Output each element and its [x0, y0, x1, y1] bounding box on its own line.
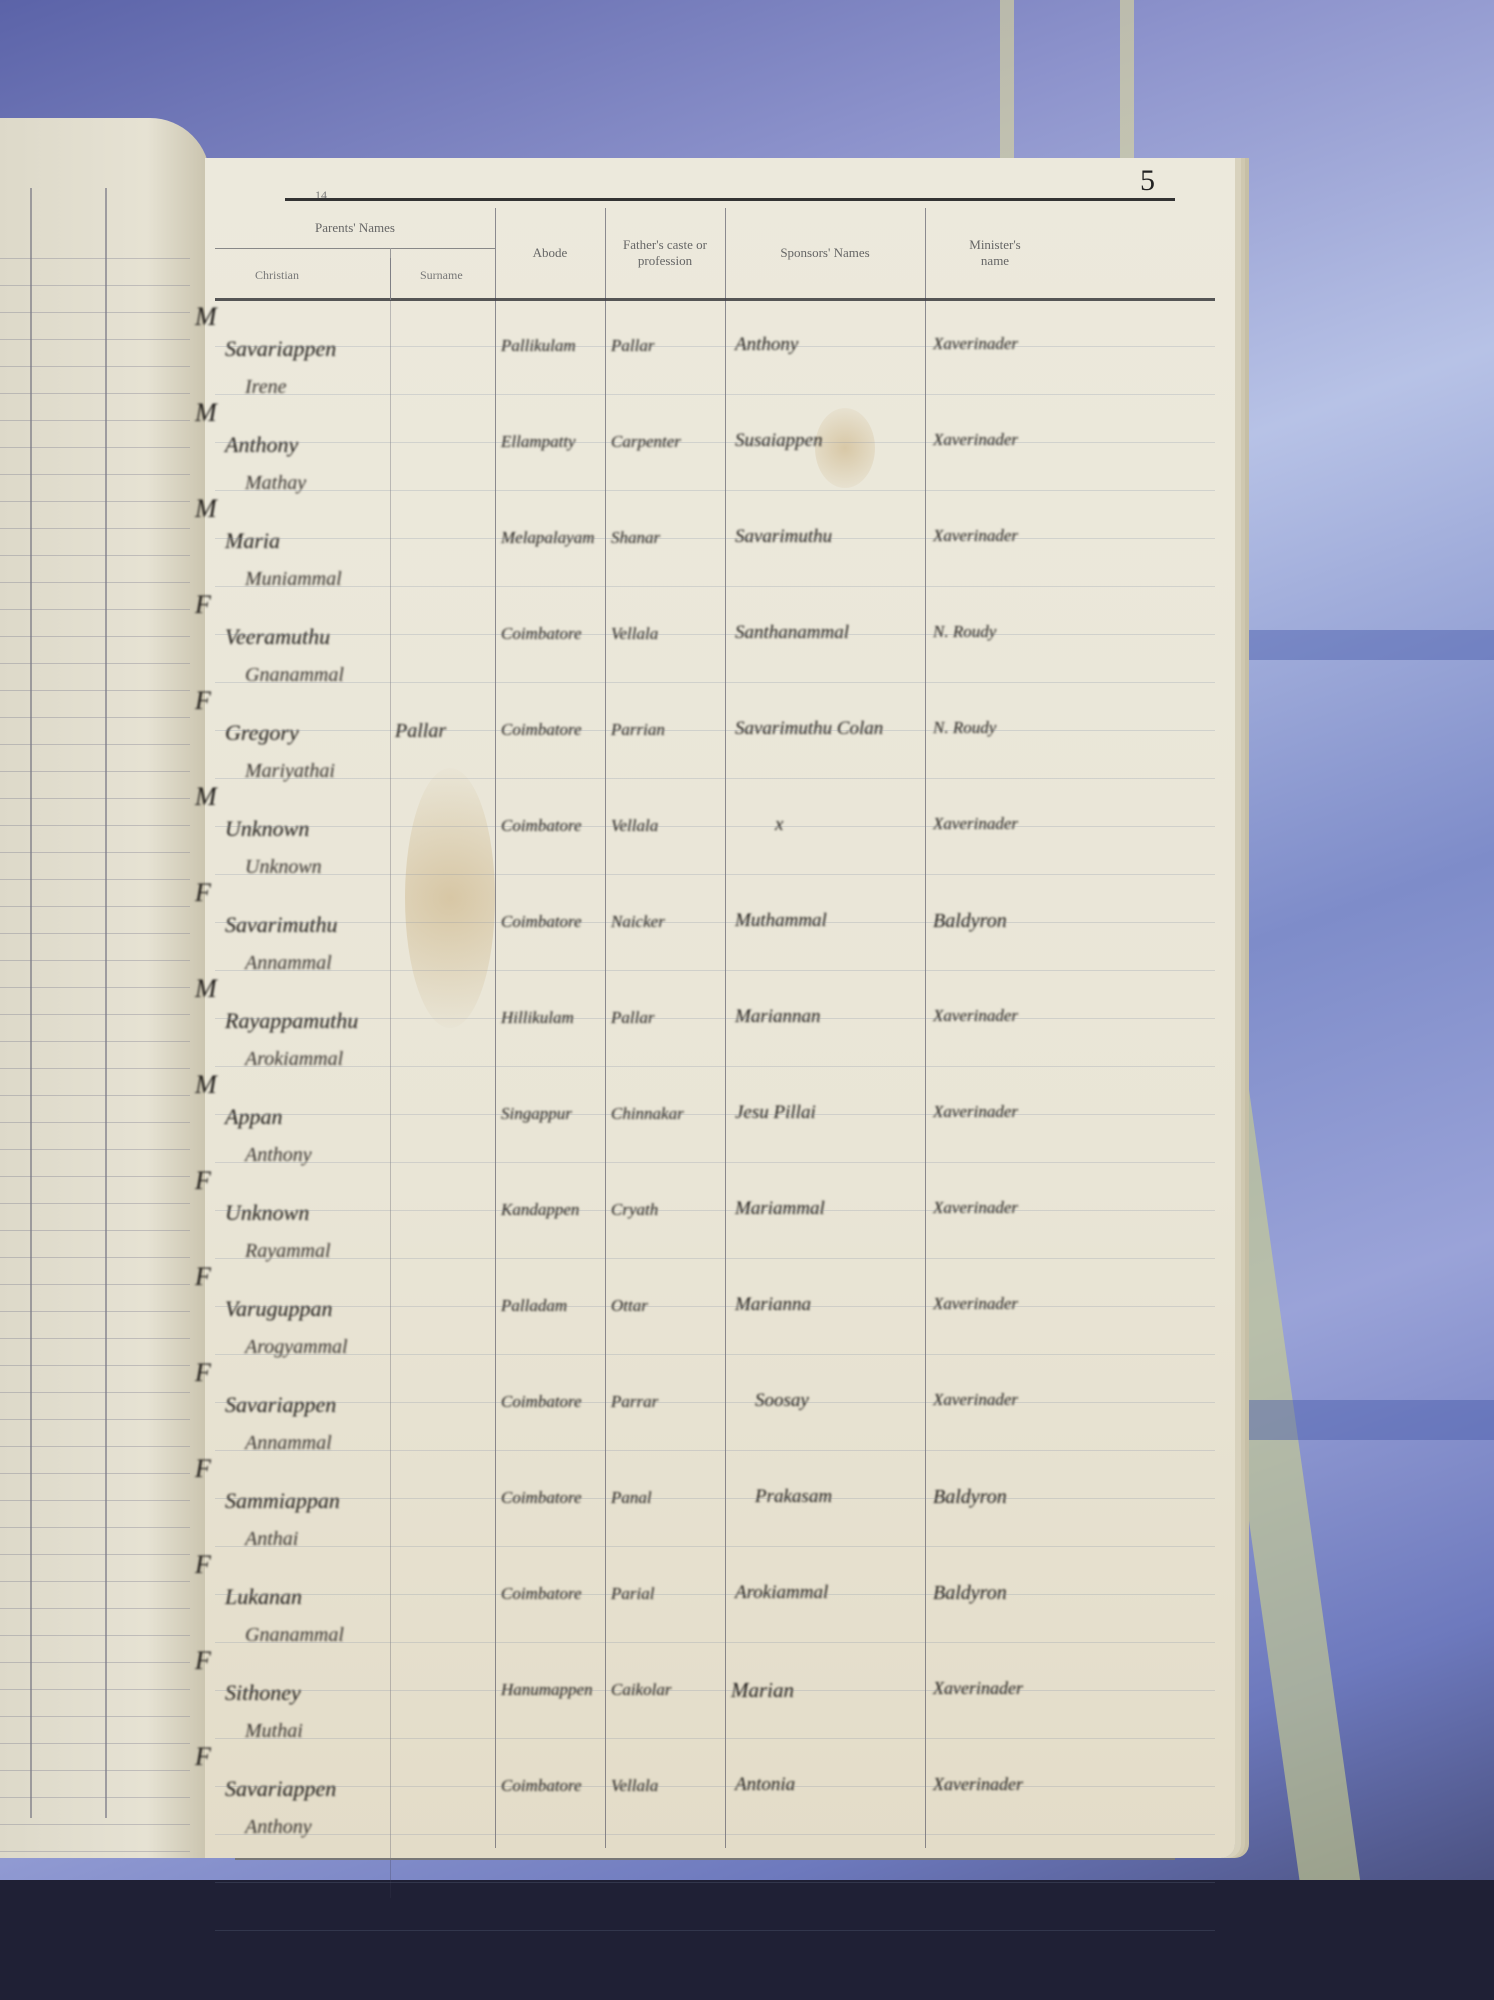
sex-mark: F: [195, 1742, 211, 1772]
sponsor-name: Arokiammal: [735, 1582, 828, 1604]
ruled-line: [215, 1210, 1215, 1211]
ruled-line: [215, 1306, 1215, 1307]
ruled-line: [0, 1689, 190, 1690]
header-abode: Abode: [495, 208, 605, 298]
father-name: Savariappen: [225, 1776, 336, 1802]
ruled-line: [0, 555, 190, 556]
ruled-line: [0, 852, 190, 853]
father-name: Appan: [225, 1104, 282, 1130]
header-minister-name: Minister's name: [925, 208, 1065, 298]
minister-name: Xaverinader: [933, 1678, 1023, 1699]
father-name: Savariappen: [225, 336, 336, 362]
sponsor-name: Anthony: [735, 334, 798, 356]
ruled-line: [215, 1690, 1215, 1691]
ruled-line: [0, 1608, 190, 1609]
sponsor-name: x: [775, 814, 783, 836]
mother-name: Irene: [245, 376, 286, 399]
minister-name: Xaverinader: [933, 430, 1018, 450]
register-entry: M Anthony Mathay Ellampatty Carpenter Su…: [215, 398, 1215, 494]
ruled-line: [215, 826, 1215, 827]
ruled-line: [215, 1114, 1215, 1115]
ruled-line: [0, 528, 190, 529]
ruled-line: [0, 1851, 190, 1852]
father-name: Gregory: [225, 720, 299, 746]
ruled-line: [215, 1738, 1215, 1739]
minister-name: Xaverinader: [933, 334, 1018, 354]
minister-name: N. Roudy: [933, 622, 996, 642]
ruled-line: [0, 1392, 190, 1393]
sponsor-name: Jesu Pillai: [735, 1102, 816, 1124]
sponsor-name: Susaiappen: [735, 430, 823, 452]
ruled-line: [215, 1930, 1215, 1931]
ruled-line: [0, 258, 190, 259]
minister-name: Xaverinader: [933, 1006, 1018, 1026]
header-sponsors-names: Sponsors' Names: [725, 208, 925, 298]
register-entry: F Unknown Rayammal Kandappen Cryath Mari…: [215, 1166, 1215, 1262]
ruled-line: [0, 1797, 190, 1798]
ruled-line: [0, 1419, 190, 1420]
father-name: Unknown: [225, 816, 309, 842]
ruled-line: [0, 1500, 190, 1501]
register-entry: F Gregory Mariyathai Pallar Coimbatore P…: [215, 686, 1215, 782]
ruled-line: [215, 346, 1215, 347]
ruled-line: [215, 442, 1215, 443]
ruled-line: [215, 538, 1215, 539]
ruled-line: [0, 1149, 190, 1150]
sponsor-name: Antonia: [735, 1774, 795, 1796]
ruled-line: [0, 1446, 190, 1447]
ruled-line: [0, 1176, 190, 1177]
sponsor-name: Mariannan: [735, 1006, 821, 1028]
mother-name: Rayammal: [245, 1240, 331, 1263]
ruled-line: [215, 1642, 1215, 1643]
register-entry: F Varuguppan Arogyammal Palladam Ottar M…: [215, 1262, 1215, 1358]
ruled-line: [215, 1786, 1215, 1787]
ruled-line: [215, 922, 1215, 923]
sex-mark: M: [195, 782, 217, 812]
ruled-line: [215, 1546, 1215, 1547]
ruled-line: [215, 586, 1215, 587]
ruled-line: [215, 778, 1215, 779]
mother-name: Mathay: [245, 472, 306, 495]
minister-name: Xaverinader: [933, 814, 1018, 834]
ruled-line: [0, 771, 190, 772]
mother-name: Anthony: [245, 1144, 312, 1167]
register-entry: F Lukanan Gnanammal Coimbatore Parial Ar…: [215, 1550, 1215, 1646]
father-name: Savariappen: [225, 1392, 336, 1418]
ruled-line: [0, 1203, 190, 1204]
surname: Pallar: [395, 720, 446, 743]
minister-name: Xaverinader: [933, 1774, 1023, 1795]
mother-name: Annammal: [245, 952, 332, 975]
sex-mark: F: [195, 1166, 211, 1196]
ruled-line: [0, 501, 190, 502]
father-name: Savarimuthu: [225, 912, 337, 938]
ruled-line: [215, 1498, 1215, 1499]
ruled-line: [0, 690, 190, 691]
sex-mark: F: [195, 1358, 211, 1388]
sex-mark: F: [195, 1646, 211, 1676]
mother-name: Unknown: [245, 856, 322, 879]
header-parents-names: Parents' Names: [215, 208, 495, 248]
ruled-line: [0, 636, 190, 637]
ruled-line: [215, 730, 1215, 731]
ruled-line: [215, 490, 1215, 491]
register-table: Parents' Names Christian Surname Abode F…: [215, 208, 1215, 301]
minister-name: Xaverinader: [933, 1294, 1018, 1314]
sponsor-name: Prakasam: [755, 1486, 832, 1508]
ruled-line: [0, 1716, 190, 1717]
ruled-line: [0, 906, 190, 907]
father-name: Unknown: [225, 1200, 309, 1226]
sex-mark: M: [195, 494, 217, 524]
left-page-column-line: [30, 188, 32, 1818]
ruled-line: [0, 285, 190, 286]
ruled-line: [0, 1743, 190, 1744]
register-entry: M Unknown Unknown Coimbatore Vellala x X…: [215, 782, 1215, 878]
ruled-line: [215, 1258, 1215, 1259]
sponsor-name: Santhanammal: [735, 622, 849, 644]
ruled-line: [0, 744, 190, 745]
father-name: Varuguppan: [225, 1296, 333, 1322]
ruled-line: [0, 717, 190, 718]
father-name: Maria: [225, 528, 280, 554]
ruled-line: [0, 1554, 190, 1555]
header-christian: Christian: [255, 268, 299, 283]
ruled-line: [0, 1041, 190, 1042]
mother-name: Muniammal: [245, 568, 342, 591]
sex-mark: M: [195, 1070, 217, 1100]
header-divider: [215, 248, 495, 249]
sponsor-name: Savarimuthu: [735, 526, 832, 548]
ruled-line: [215, 682, 1215, 683]
ruled-line: [215, 634, 1215, 635]
mother-name: Annammal: [245, 1432, 332, 1455]
ruled-line: [0, 663, 190, 664]
ruled-line: [215, 1162, 1215, 1163]
sex-mark: F: [195, 878, 211, 908]
sex-mark: F: [195, 1550, 211, 1580]
father-name: Anthony: [225, 432, 298, 458]
sex-mark: M: [195, 974, 217, 1004]
minister-name: Xaverinader: [933, 1102, 1018, 1122]
ruled-line: [0, 1581, 190, 1582]
sex-mark: M: [195, 302, 217, 332]
register-entry: F Sithoney Muthai Hanumappen Caikolar Ma…: [215, 1646, 1215, 1742]
table-header: Parents' Names Christian Surname Abode F…: [215, 208, 1215, 301]
register-entry: M Appan Anthony Singappur Chinnakar Jesu…: [215, 1070, 1215, 1166]
father-name: Veeramuthu: [225, 624, 330, 650]
ruled-line: [0, 1473, 190, 1474]
mother-name: Arogyammal: [245, 1336, 348, 1359]
sex-mark: F: [195, 1454, 211, 1484]
header-surname: Surname: [420, 268, 463, 283]
register-entry: F Savariappen Anthony Coimbatore Vellala…: [215, 1742, 1215, 1838]
left-page: [0, 118, 210, 1858]
register-entry: M Savariappen Irene Pallikulam Pallar An…: [215, 302, 1215, 398]
ruled-line: [215, 874, 1215, 875]
mother-name: Mariyathai: [245, 760, 335, 783]
register-entry: M Maria Muniammal Melapalayam Shanar Sav…: [215, 494, 1215, 590]
ruled-line: [0, 1527, 190, 1528]
ruled-line: [0, 1365, 190, 1366]
ruled-line: [215, 1354, 1215, 1355]
ruled-line: [0, 1095, 190, 1096]
mother-name: Gnanammal: [245, 664, 344, 687]
father-name: Sithoney: [225, 1680, 301, 1706]
father-name: Lukanan: [225, 1584, 302, 1610]
left-page-column-line: [105, 188, 107, 1818]
register-entry: M Rayappamuthu Arokiammal Hillikulam Pal…: [215, 974, 1215, 1070]
register-entry: F Savariappen Annammal Coimbatore Parrar…: [215, 1358, 1215, 1454]
ruled-line: [215, 1594, 1215, 1595]
sponsor-name: Muthammal: [735, 910, 827, 932]
mother-name: Gnanammal: [245, 1624, 344, 1647]
ruled-line: [0, 339, 190, 340]
ruled-line: [215, 1882, 1215, 1883]
ruled-line: [0, 393, 190, 394]
ruled-line: [0, 1824, 190, 1825]
ruled-line: [0, 1230, 190, 1231]
mother-name: Arokiammal: [245, 1048, 343, 1071]
sex-mark: M: [195, 398, 217, 428]
sponsor-name: Marianna: [735, 1294, 811, 1316]
ruled-line: [0, 1122, 190, 1123]
ruled-line: [215, 394, 1215, 395]
ruled-line: [0, 960, 190, 961]
ruled-line: [0, 933, 190, 934]
register-entry: F Veeramuthu Gnanammal Coimbatore Vellal…: [215, 590, 1215, 686]
ruled-line: [215, 1018, 1215, 1019]
ruled-line: [0, 825, 190, 826]
ruled-line: [0, 366, 190, 367]
ruled-line: [215, 1066, 1215, 1067]
sponsor-name: Soosay: [755, 1390, 809, 1412]
minister-name: Xaverinader: [933, 1390, 1018, 1410]
ruled-line: [0, 474, 190, 475]
ruled-line: [0, 312, 190, 313]
father-name: Sammiappan: [225, 1488, 340, 1514]
register-page: 5 14 Parents' Names Christian Surname Ab…: [205, 158, 1235, 1858]
ruled-line: [0, 1635, 190, 1636]
sex-mark: F: [195, 1262, 211, 1292]
page-number: 5: [1140, 164, 1155, 198]
ruled-line: [0, 1284, 190, 1285]
ruled-line: [0, 987, 190, 988]
tablecloth-stripe: [1240, 630, 1494, 660]
ruled-line: [0, 1662, 190, 1663]
ruled-line: [0, 1338, 190, 1339]
sponsor-name: Mariammal: [735, 1198, 825, 1220]
minister-name: Xaverinader: [933, 526, 1018, 546]
tablecloth-stripe: [1240, 1400, 1494, 1440]
mother-name: Anthai: [245, 1528, 298, 1551]
ruled-line: [0, 798, 190, 799]
ruled-line: [215, 1402, 1215, 1403]
register-entry: F Savarimuthu Annammal Coimbatore Naicke…: [215, 878, 1215, 974]
ruled-line: [0, 609, 190, 610]
top-rule: [285, 198, 1175, 201]
father-name: Rayappamuthu: [225, 1008, 358, 1034]
register-entry: F Sammiappan Anthai Coimbatore Panal Pra…: [215, 1454, 1215, 1550]
table-shadow: [0, 1880, 1494, 2000]
sponsor-name: Savarimuthu Colan: [735, 718, 883, 740]
ruled-line: [0, 1257, 190, 1258]
ruled-line: [0, 420, 190, 421]
ruled-line: [0, 582, 190, 583]
ruled-line: [0, 447, 190, 448]
mother-name: Anthony: [245, 1816, 312, 1839]
ruled-line: [0, 1770, 190, 1771]
ruled-line: [0, 879, 190, 880]
sex-mark: F: [195, 686, 211, 716]
ruled-line: [0, 1068, 190, 1069]
ruled-line: [215, 1834, 1215, 1835]
sex-mark: F: [195, 590, 211, 620]
bottom-rule: [235, 1858, 1175, 1860]
ruled-line: [0, 1014, 190, 1015]
minister-name: Xaverinader: [933, 1198, 1018, 1218]
ruled-line: [0, 1311, 190, 1312]
mother-name: Muthai: [245, 1720, 303, 1743]
header-father-caste: Father's caste or profession: [605, 208, 725, 298]
ruled-line: [215, 970, 1215, 971]
minister-name: N. Roudy: [933, 718, 996, 738]
ruled-line: [215, 1450, 1215, 1451]
